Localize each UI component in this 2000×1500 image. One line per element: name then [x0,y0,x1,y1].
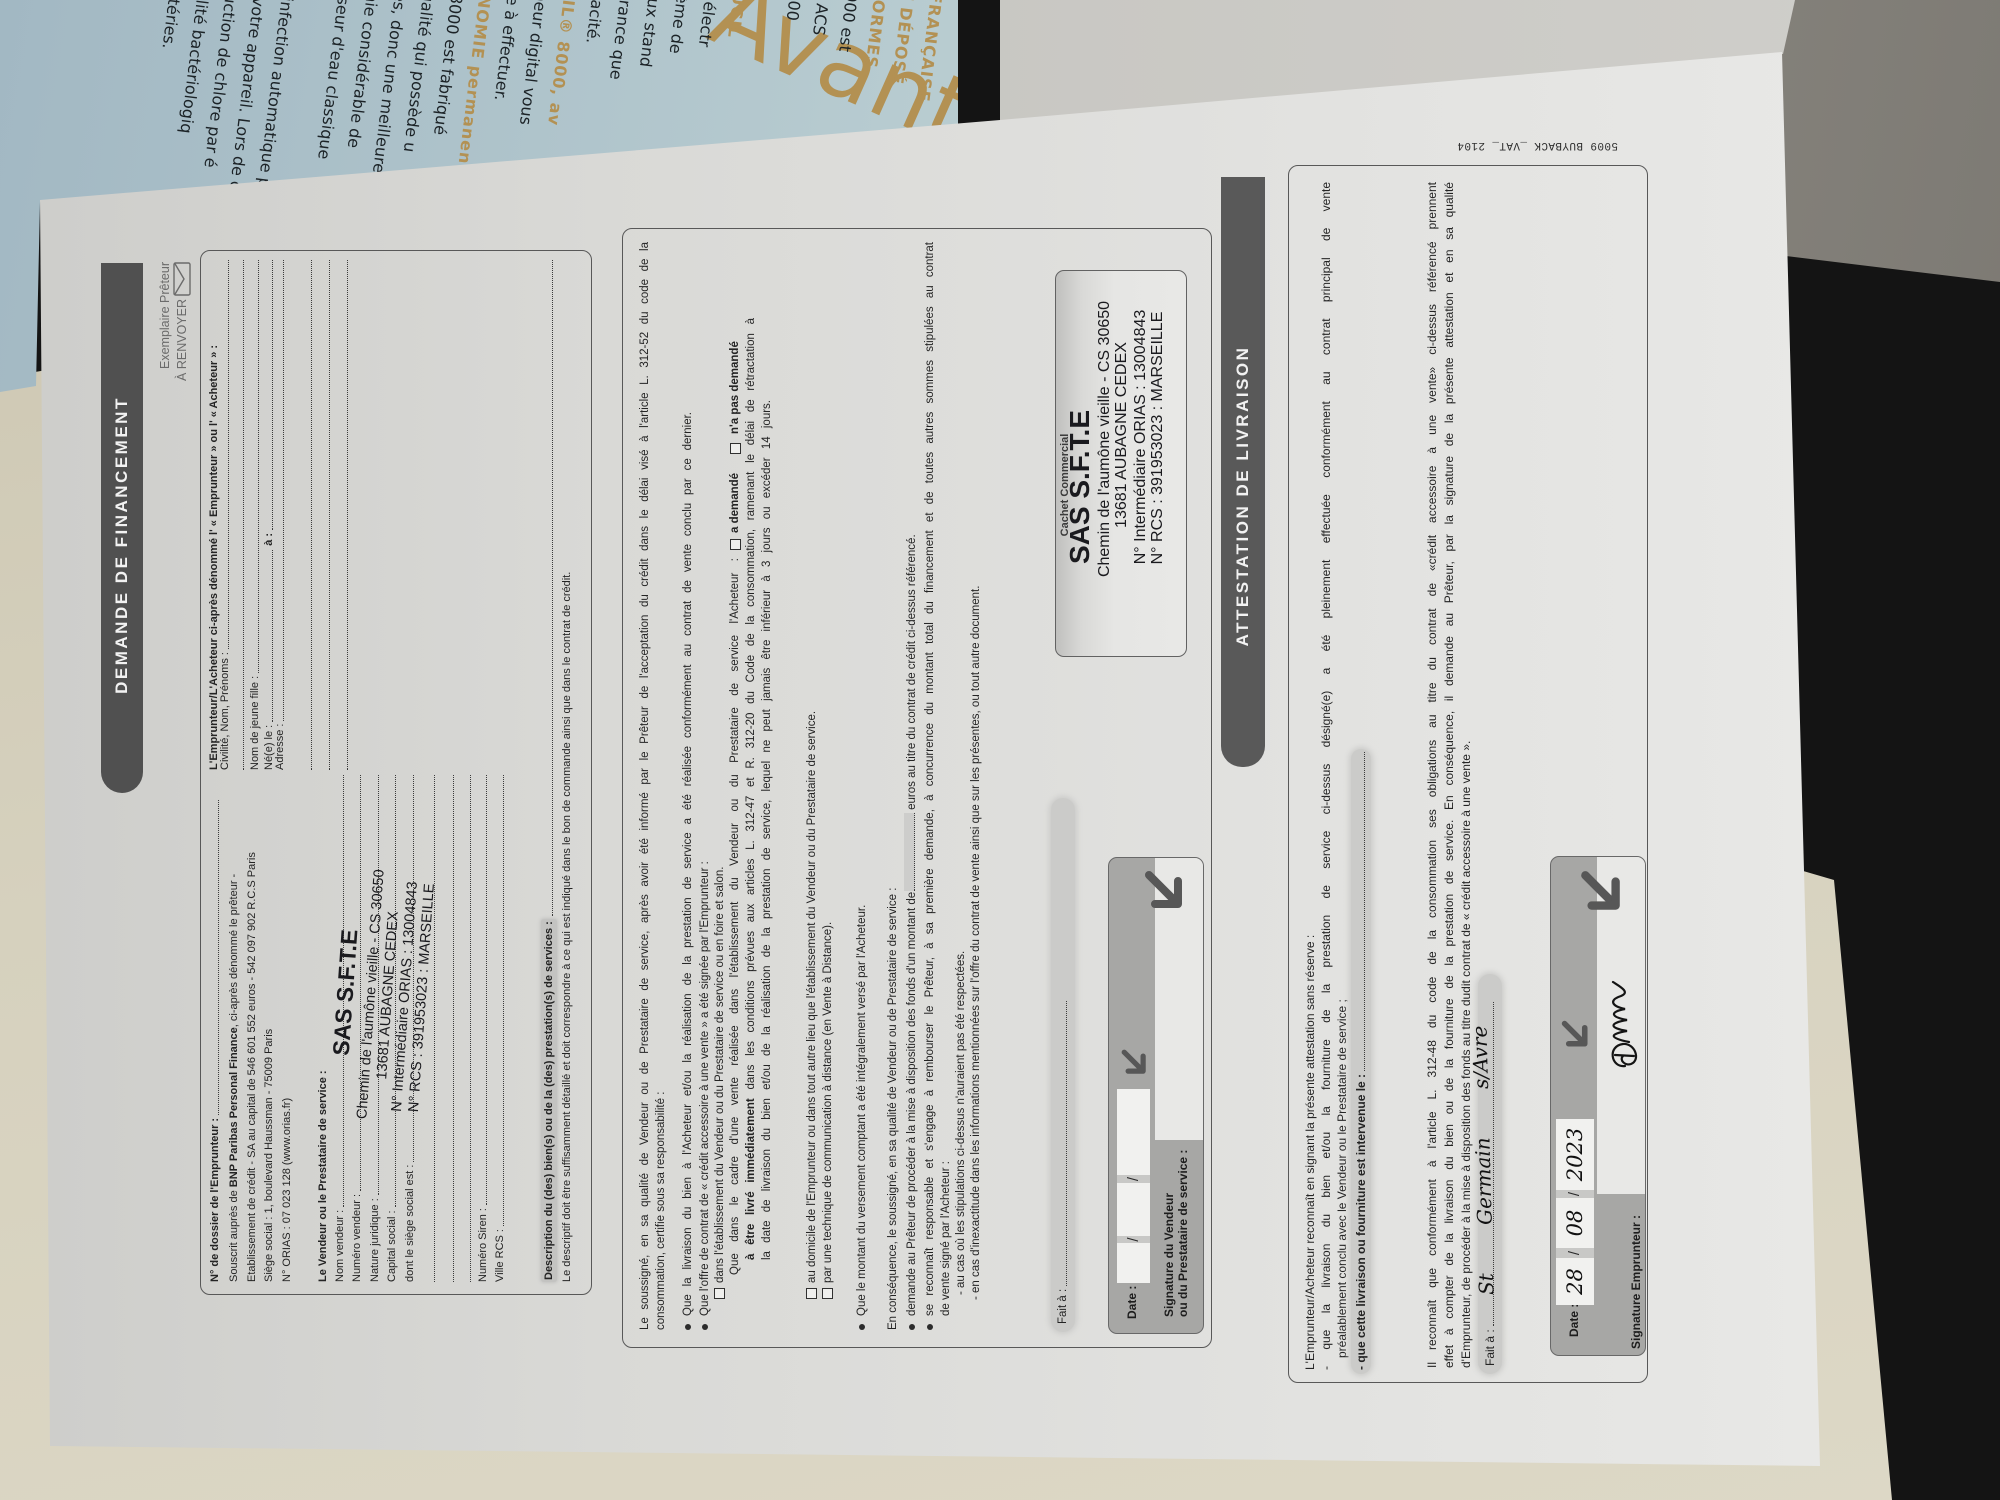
borrower-date-day-value: 28 [1563,1268,1587,1295]
not-requested-label: n'a pas demandé [727,341,743,434]
sign-here-arrow-icon [1119,1047,1149,1077]
funds-request-prefix: demande au Prêteur de procéder à la mise… [906,892,918,1316]
seller-place-value [1065,1001,1067,1286]
seller-date-month [1117,1183,1150,1236]
consequence-intro: En conséquence, le soussigné, en sa qual… [885,888,901,1330]
bullet-icon [909,1324,915,1330]
certification-intro-line-1: Le soussigné, en sa qualité de Vendeur o… [637,242,653,1330]
subscription-suffix: , ci-après dénommé le prêteur - [228,874,240,1027]
seller-signature-label-2: ou du Prestataire de service : [1176,1150,1190,1317]
delivery-statement: Que la livraison du bien à l'Acheteur et… [680,412,696,1316]
offer-statement: Que l'offre de contrat de « crédit acces… [697,861,713,1316]
immediate-delivery-line: à être livré immédiatement dans les cond… [743,318,759,1260]
seller-date-label: Date : [1125,1286,1139,1319]
vendor-siren-label: Numéro Siren : [475,1208,491,1282]
dotted-line [485,775,487,1205]
borrower-address-field: Adresse : [272,260,288,770]
borrower-date-label: Date : [1567,1304,1581,1337]
attestation-obligation-line-1: Il reconnaît que conformément à l'articl… [1424,182,1440,1368]
vendor-siren-field: Numéro Siren : [475,775,491,1282]
form-code: 5009 BUYBACK _VAT_ 2104 [1457,138,1618,152]
withdrawal-line: la date de livraison du bien et/ou de la… [759,400,775,1260]
file-number-field [217,800,219,1115]
liability-case-2: - en cas d'inexactitude dans les informa… [968,586,984,1300]
liability-line-1: se reconnaît responsable et s'engage à r… [922,242,938,1316]
borrower-signature-label: Signature Emprunteur : [1629,1215,1643,1349]
bullet-icon [685,1324,691,1330]
dotted-line [282,260,284,721]
requested-label: a demandé [727,473,743,533]
option-distance-label: par une technique de communication à dis… [820,922,836,1283]
company-stamp-city: 13681 AUBAGNE CEDEX [1113,235,1130,635]
borrower-address-label: Adresse : [272,724,288,770]
immediate-delivery-bold: à être livré immédiatement [745,1098,757,1260]
seller-date-year [1117,1089,1150,1175]
sign-here-arrow-icon [1141,867,1187,913]
down-payment-statement: Que le montant du versement comptant a é… [854,905,870,1316]
delivery-date-label: - que cette livraison ou fourniture est … [1353,1074,1369,1370]
date-separator: / [1117,1175,1150,1183]
attestation-title: ATTESTATION DE LIVRAISON [1233,346,1253,647]
dotted-line [458,775,471,1282]
copy-destination: Exemplaire Prêteur À RENVOYER [158,262,191,470]
option-store-label: dans l'établissement du Vendeur ou du Pr… [712,867,728,1283]
checkbox-home [806,1288,817,1299]
seller-signature-label-1: Signature du Vendeur [1162,1193,1176,1317]
borrower-date-month: 08 [1556,1198,1594,1248]
description-note: Le descriptif doit être suffisamment dét… [559,572,575,1282]
dotted-line [299,260,312,770]
borrower-date-day: 28 [1556,1258,1594,1305]
attestation-title-bar: ATTESTATION DE LIVRAISON [1221,177,1265,767]
photo-scene: Avantag FRANÇAISE T DÉPOSÉ NORMES 8000 e… [0,0,2000,1500]
date-separator: / [1117,1236,1150,1243]
funds-amount-field [904,813,915,891]
return-row: À RENVOYER [173,262,191,470]
certification-intro-line-2: consommation, certifie sous sa responsab… [653,1092,669,1330]
company-stamp-rcs: N° RCS : 391953023 : MARSEILLE [1149,238,1166,638]
form-title: DEMANDE DE FINANCEMENT [112,396,132,694]
funds-request-suffix: euros au titre du contrat de crédit ci-d… [906,534,918,810]
handwritten-signature [1601,977,1645,1072]
lender-orias-line: N° ORIAS : 07 023 128 (www.orias.fr) [279,1098,295,1282]
vendor-rcs-city-label: Ville RCS : [492,1229,508,1282]
vendor-legal-form-label: Nature juridique : [367,1198,383,1282]
lender-subscription-line: Souscrit auprès de BNP Paribas Personal … [226,874,242,1282]
checkbox-not-requested [730,443,741,454]
file-number-row: N° de dossier de l'Emprunteur : [207,800,223,1282]
borrower-date-month-value: 08 [1563,1210,1587,1237]
seller-place-label: Fait à : [1055,1289,1071,1324]
sign-here-arrow-icon [1577,867,1625,915]
seller-place-field: Fait à : [1055,1001,1071,1324]
dotted-line [335,260,348,770]
delivery-date-value [1363,752,1365,1071]
attestation-delivery-line-1: - que la livraison du bien et/ou la four… [1318,182,1334,1370]
checkbox-store [714,1288,725,1299]
company-stamp-orias: N° Intermédiaire ORIAS : 13004843 [1132,237,1149,637]
liability-line-2: de vente signé par l'Acheteur : [938,1161,954,1316]
immediate-delivery-text: dans les conditions prévues aux articles… [745,318,757,1098]
lender-legal-line: Etablissement de crédit - SA au capital … [244,852,260,1282]
dotted-line [441,775,454,1282]
option-home-label: au domicile de l'Emprunteur ou dans tout… [804,711,820,1283]
dotted-line [227,260,229,649]
dotted-line [257,260,259,673]
borrower-signature-box: Date : 28 / 08 / 2023 Signature Emprunte… [1550,856,1646,1356]
liability-case-1: - au cas où les stipulations ci-dessus n… [953,951,969,1295]
attestation-intro: L'Emprunteur/Acheteur reconnaît en signa… [1302,935,1318,1370]
vendor-rcs-city-field: Ville RCS : [492,775,508,1282]
seller-date-day [1117,1243,1150,1283]
description-field: Description du (des) bien(s) ou de la (d… [541,260,557,1282]
return-label: À RENVOYER [175,299,190,381]
file-number-label: N° de dossier de l'Emprunteur : [207,1118,223,1282]
vendor-number-label: Numéro vendeur : [349,1194,365,1282]
delivery-date-field: - que cette livraison ou fourniture est … [1353,752,1369,1370]
description-heading: Description du (des) bien(s) ou de la (d… [541,919,557,1282]
date-separator: / [1556,1190,1594,1198]
seller-signature-box: Date : / / Signature du Vendeur ou du Pr… [1108,857,1204,1334]
lender-address-line: Siège social : 1, boulevard Haussman - 7… [261,1029,277,1282]
bullet-icon [859,1324,865,1330]
company-stamp-street: Chemin de l'aumône vieille - CS 30650 [1096,239,1113,639]
company-stamp-company: SAS S.F.T.E [1065,287,1095,687]
bullet-icon [702,1324,708,1330]
bullet-icon [927,1324,933,1330]
dotted-line [317,260,330,770]
borrower-place-label: Fait à : [1482,1329,1498,1366]
attestation-obligation-line-2: effet à compter de la livraison du bien … [1441,182,1457,1368]
borrower-date-year-value: 2023 [1563,1128,1587,1181]
vendor-name-label: Nom vendeur : [332,1210,348,1282]
date-separator: / [1556,1248,1594,1258]
lender-name: BNP Paribas Personal Finance [228,1027,240,1187]
form-title-bar: DEMANDE DE FINANCEMENT [101,263,143,793]
checkbox-requested [730,539,741,550]
funds-request-line: demande au Prêteur de procéder à la mise… [904,534,920,1316]
dotted-line [502,775,504,1226]
vendor-capital-label: Capital social : [384,1210,400,1282]
store-sale-text: Que dans le cadre d'une vente réalisée d… [727,558,743,1275]
dotted-line [231,260,244,770]
copy-type-label: Exemplaire Prêteur [158,262,173,470]
sign-here-arrow-icon [1559,1018,1591,1050]
envelope-icon [173,262,191,296]
attestation-delivery-line-2: préalablement conclu avec le Vendeur ou … [1334,999,1350,1358]
vendor-head-office-label: dont le siège social est : [402,1165,418,1282]
description-value [551,260,553,916]
subscription-prefix: Souscrit auprès de [228,1187,240,1282]
checkbox-distance [822,1288,833,1299]
borrower-date-year: 2023 [1556,1119,1594,1190]
financing-request-form: DEMANDE DE FINANCEMENT Exemplaire Prêteu… [0,0,2000,1500]
